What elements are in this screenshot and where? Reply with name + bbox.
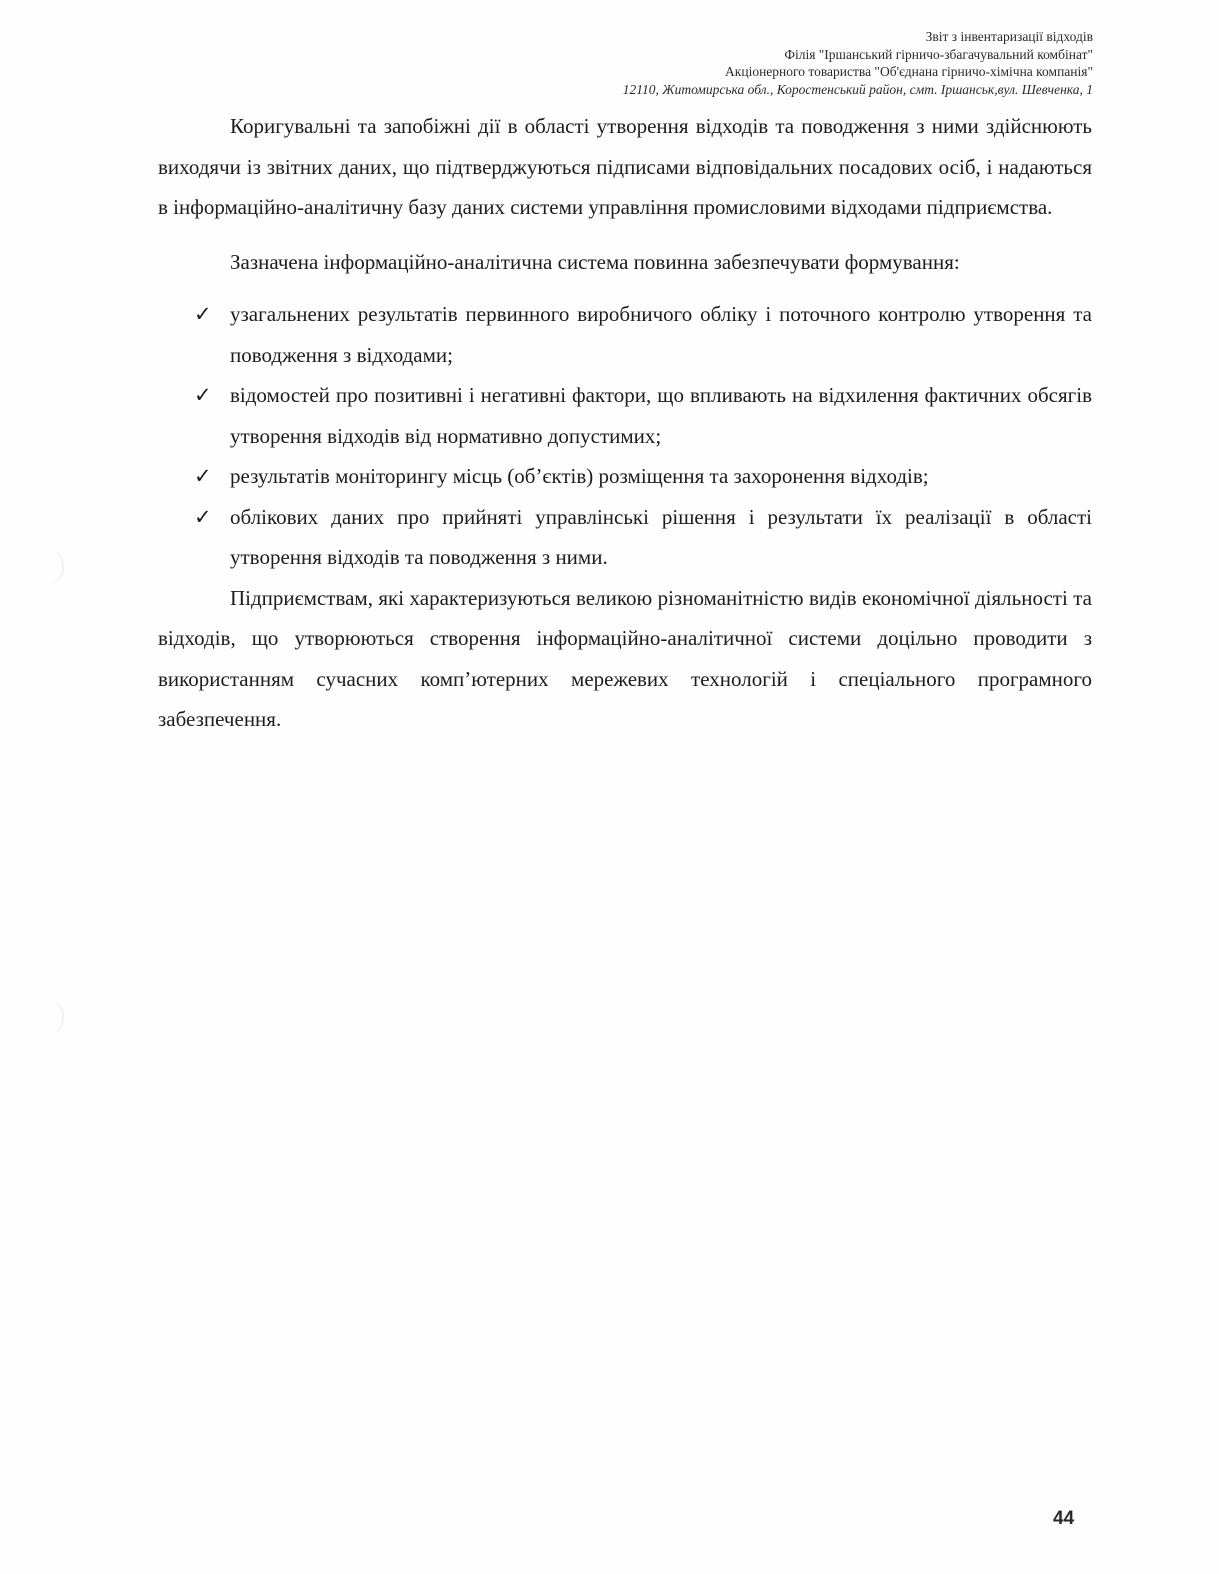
- checklist-item: ✓ узагальнених результатів первинного ви…: [158, 294, 1092, 375]
- page-number: 44: [1053, 1508, 1074, 1530]
- checklist-item-text: узагальнених результатів первинного виро…: [230, 302, 1092, 367]
- checkmark-icon: ✓: [194, 294, 212, 335]
- checklist-item: ✓ результатів моніторингу місць (об’єкті…: [158, 456, 1092, 497]
- document-header: Звіт з інвентаризації відходів Філія "Ір…: [623, 28, 1093, 98]
- binder-hole-mark-icon: [36, 1000, 64, 1034]
- paragraph-enterprises-recommendation: Підприємствам, які характеризуються вели…: [158, 578, 1092, 740]
- binder-hole-mark-icon: [36, 550, 64, 584]
- paragraph-system-requirements: Зазначена інформаційно-аналітична систем…: [158, 242, 1092, 283]
- header-address: 12110, Житомирська обл., Коростенський р…: [623, 81, 1093, 99]
- checkmark-icon: ✓: [194, 497, 212, 538]
- checklist-item: ✓ облікових даних про прийняті управлінс…: [158, 497, 1092, 578]
- paragraph-corrective-actions: Коригувальні та запобіжні дії в області …: [158, 106, 1092, 228]
- checkmark-icon: ✓: [194, 375, 212, 416]
- document-body: Коригувальні та запобіжні дії в області …: [158, 106, 1092, 740]
- header-line-report-title: Звіт з інвентаризації відходів: [623, 28, 1093, 46]
- requirements-checklist: ✓ узагальнених результатів первинного ви…: [158, 294, 1092, 578]
- checklist-item-text: облікових даних про прийняті управлінськ…: [230, 505, 1092, 570]
- checklist-item-text: відомостей про позитивні і негативні фак…: [230, 383, 1092, 448]
- header-line-company: Акціонерного товариства "Об'єднана гірни…: [623, 63, 1093, 81]
- header-line-branch: Філія "Іршанський гірничо-збагачувальний…: [623, 46, 1093, 64]
- checkmark-icon: ✓: [194, 456, 212, 497]
- document-page: Звіт з інвентаризації відходів Філія "Ір…: [0, 0, 1219, 1574]
- checklist-item: ✓ відомостей про позитивні і негативні ф…: [158, 375, 1092, 456]
- checklist-item-text: результатів моніторингу місць (об’єктів)…: [230, 464, 929, 488]
